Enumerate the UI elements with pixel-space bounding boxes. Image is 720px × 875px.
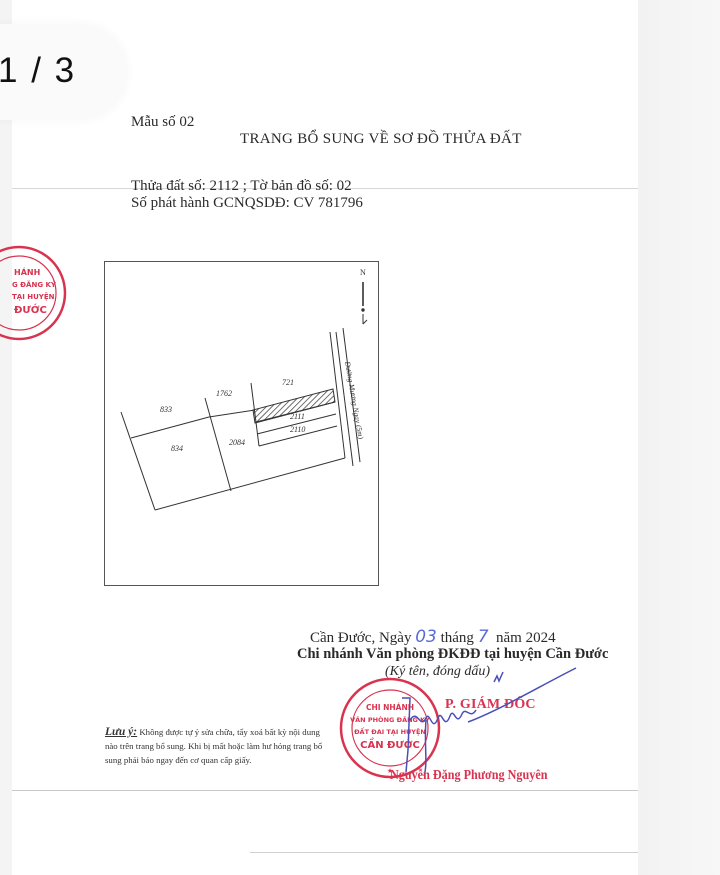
svg-text:1762: 1762 [216, 389, 232, 398]
svg-text:Đường Mương Ngay (5m): Đường Mương Ngay (5m) [343, 360, 366, 440]
usage-note: Lưu ý: Không được tự ý sửa chữa, tẩy xoá… [105, 725, 330, 767]
page-counter-badge: 1 / 3 [0, 24, 128, 120]
svg-text:2084: 2084 [229, 438, 245, 447]
svg-text:G ĐĂNG KÝ: G ĐĂNG KÝ [12, 280, 57, 289]
signer-name: Nguyễn Đặng Phương Nguyên [390, 767, 548, 783]
svg-text:833: 833 [160, 405, 172, 414]
parcel-info: Thửa đất số: 2112 ; Tờ bản đồ số: 02 [131, 178, 352, 195]
certificate-info: Số phát hành GCNQSDĐ: CV 781796 [131, 195, 363, 212]
paper-crease [12, 790, 638, 791]
svg-text:721: 721 [282, 378, 294, 387]
paper-crease [250, 852, 638, 853]
form-number: Mẫu số 02 [131, 114, 194, 131]
parcel-diagram: N 833 1762 721 834 2084 2111 2110 Đường … [105, 262, 378, 585]
issue-date: Cần Đước, Ngày 03 tháng 7 năm 2024 [310, 627, 556, 647]
page-counter-text: 1 / 3 [0, 51, 76, 91]
svg-text:ĐƯỚC: ĐƯỚC [14, 303, 47, 316]
svg-text:834: 834 [171, 444, 183, 453]
svg-text:N: N [360, 268, 366, 277]
svg-text:TẠI HUYỆN: TẠI HUYỆN [12, 292, 55, 301]
official-stamp-partial: HÁNH G ĐĂNG KÝ TẠI HUYỆN ĐƯỚC [0, 238, 69, 348]
note-text: Không được tự ý sửa chữa, tẩy xoá bất kỳ… [105, 727, 322, 765]
document-title: TRANG BỔ SUNG VỀ SƠ ĐỒ THỬA ĐẤT [240, 131, 522, 148]
svg-text:HÁNH: HÁNH [14, 266, 40, 277]
cadastral-map: N 833 1762 721 834 2084 2111 2110 Đường … [104, 261, 379, 586]
note-label: Lưu ý: [105, 726, 137, 738]
handwritten-signature [380, 660, 580, 780]
date-day-handwritten: 03 [415, 627, 437, 647]
svg-text:2111: 2111 [290, 412, 305, 421]
date-month-handwritten: 7 [478, 627, 489, 647]
page-background [638, 0, 720, 875]
svg-text:2110: 2110 [290, 425, 305, 434]
